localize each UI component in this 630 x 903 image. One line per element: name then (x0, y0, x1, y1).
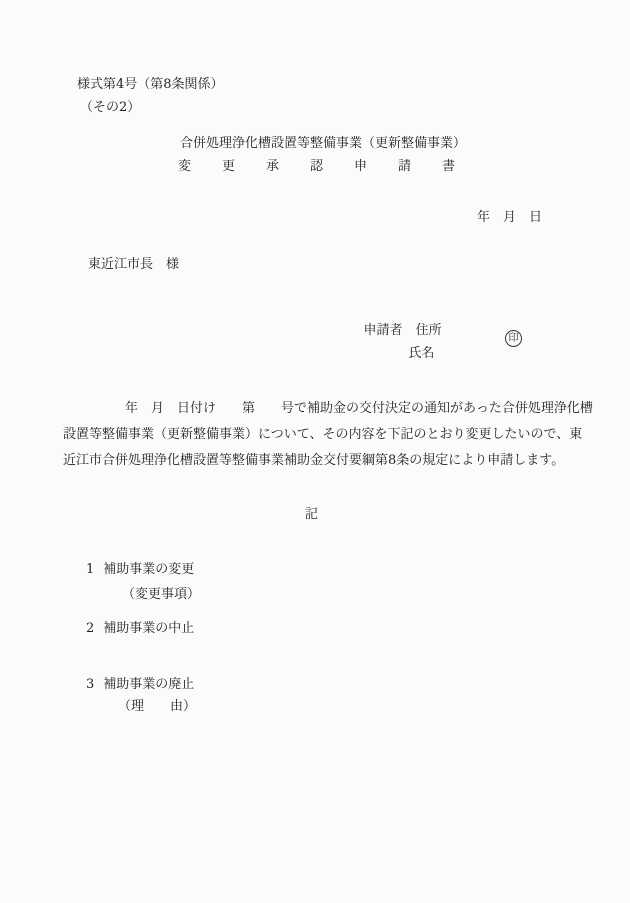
item-3-number: 3 (86, 678, 94, 691)
document-title-line2: 変 更 承 認 申 請 書 (178, 160, 464, 173)
item-1-number: 1 (86, 563, 94, 576)
date-placeholder: 年 月 日 (477, 211, 542, 224)
list-item-3-sub: （理 由） (118, 700, 196, 713)
item-3-label: 補助事業の廃止 (103, 678, 194, 691)
seal-mark-icon: 印 (505, 330, 522, 347)
item-2-label: 補助事業の中止 (103, 622, 194, 635)
addressee-line: 東近江市長 様 (88, 258, 179, 271)
application-form-page: 様式第4号（第8条関係） （その2） 合併処理浄化槽設置等整備事業（更新整備事業… (0, 0, 630, 903)
body-paragraph-line-1: 年 月 日付け 第 号で補助金の交付決定の通知があった合併処理浄化槽 (63, 402, 593, 415)
form-number: 様式第4号（第8条関係） (77, 78, 224, 91)
body-paragraph-line-3: 近江市合併処理浄化槽設置等整備事業補助金交付要綱第8条の規定により申請します。 (63, 454, 564, 467)
applicant-name-row: 氏名 (392, 334, 435, 373)
form-sub-number: （その2） (80, 101, 140, 114)
list-item-2: 2 補助事業の中止 (86, 622, 194, 635)
record-heading: 記 (305, 508, 318, 521)
item-2-number: 2 (86, 622, 94, 635)
document-title-line1: 合併処理浄化槽設置等整備事業（更新整備事業） (180, 137, 466, 150)
list-item-3: 3 補助事業の廃止 (86, 678, 194, 691)
name-label: 氏名 (409, 346, 435, 361)
list-item-1-sub: （変更事項） (122, 588, 200, 601)
body-paragraph-line-2: 設置等整備事業（更新整備事業）について、その内容を下記のとおり変更したいので、東 (63, 428, 582, 441)
item-1-label: 補助事業の変更 (103, 563, 194, 576)
list-item-1: 1 補助事業の変更 (86, 563, 194, 576)
